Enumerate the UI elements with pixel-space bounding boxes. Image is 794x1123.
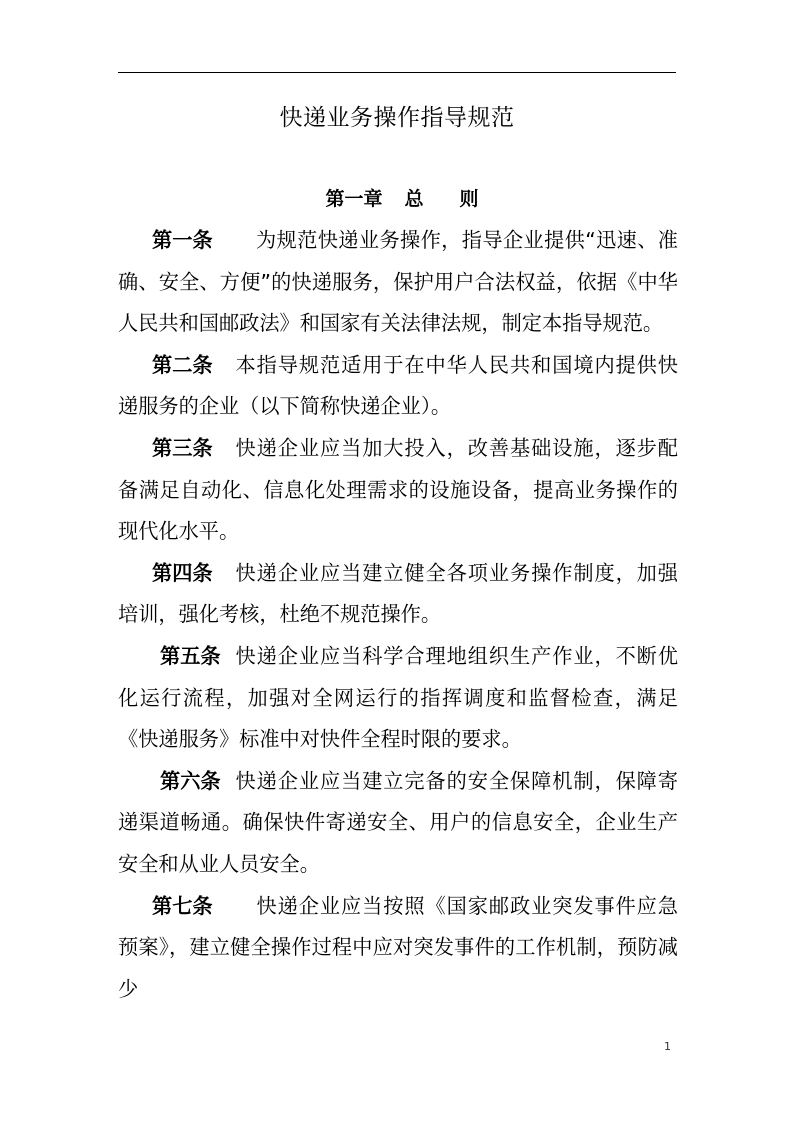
- article-7: 第七条快递企业应当按照《国家邮政业突发事件应急预案》，建立健全操作过程中应对突发…: [118, 886, 678, 1011]
- article-label: 第二条: [152, 345, 213, 387]
- chapter-number: 第一章: [325, 185, 382, 213]
- chapter-heading: 第一章总则: [0, 185, 794, 213]
- document-title: 快递业务操作指导规范: [0, 103, 794, 133]
- chapter-title-part-1: 总: [404, 185, 423, 213]
- header-rule: [118, 72, 676, 73]
- article-label: 第一条: [152, 220, 213, 262]
- article-5: 第五条快递企业应当科学合理地组织生产作业，不断优化运行流程，加强对全网运行的指挥…: [118, 636, 678, 761]
- document-body: 第一条为规范快递业务操作，指导企业提供“迅速、准确、安全、方便”的快递服务，保护…: [118, 220, 678, 1010]
- article-label: 第七条: [152, 886, 213, 928]
- article-6: 第六条快递企业应当建立完备的安全保障机制，保障寄递渠道畅通。确保快件寄递安全、用…: [118, 761, 678, 886]
- page-number: 1: [664, 1040, 671, 1053]
- article-2: 第二条本指导规范适用于在中华人民共和国境内提供快递服务的企业（以下简称快递企业）…: [118, 345, 678, 428]
- article-label: 第三条: [152, 428, 213, 470]
- article-3: 第三条快递企业应当加大投入，改善基础设施，逐步配备满足自动化、信息化处理需求的设…: [118, 428, 678, 553]
- article-1: 第一条为规范快递业务操作，指导企业提供“迅速、准确、安全、方便”的快递服务，保护…: [118, 220, 678, 345]
- article-label: 第四条: [152, 553, 213, 595]
- chapter-title-part-2: 则: [460, 185, 479, 213]
- article-4: 第四条快递企业应当建立健全各项业务操作制度，加强培训，强化考核，杜绝不规范操作。: [118, 553, 678, 636]
- article-label: 第六条: [160, 761, 221, 803]
- article-label: 第五条: [160, 636, 221, 678]
